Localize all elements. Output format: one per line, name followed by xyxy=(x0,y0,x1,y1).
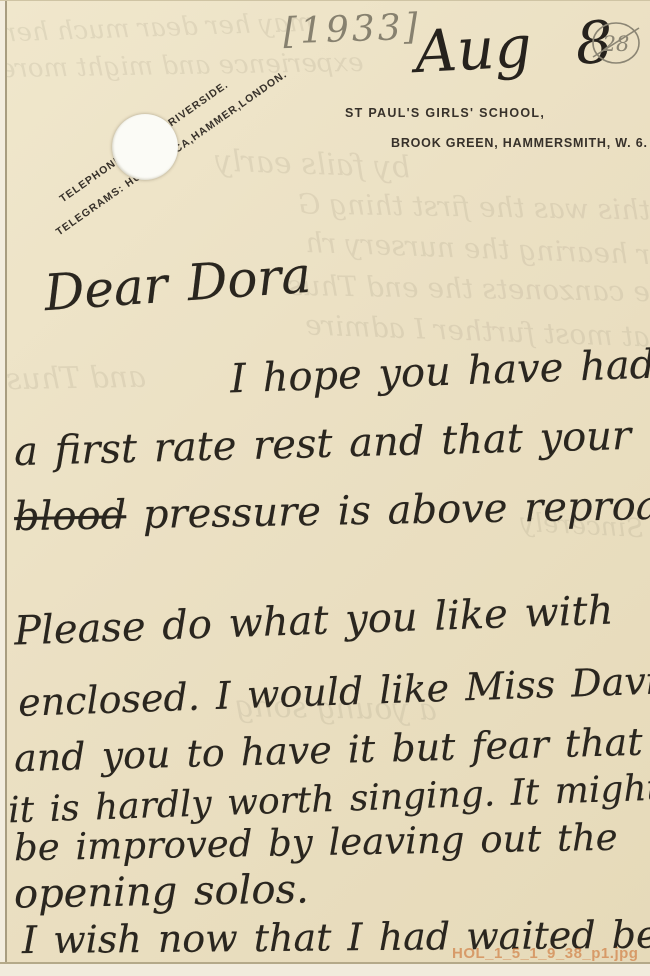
page-number-circle: 28 xyxy=(588,19,644,69)
page-number: 28 xyxy=(602,32,630,56)
handwritten-date: Aug 8 xyxy=(413,8,614,86)
bleedthrough-text: But this was the first thing G xyxy=(298,187,650,227)
bleedthrough-text: may her dear much her xyxy=(4,8,315,49)
letter-line: Please do what you like with xyxy=(13,588,614,655)
paper-bottom-edge xyxy=(0,962,650,976)
bleedthrough-text: after hearing the nursery rh xyxy=(305,226,650,273)
salutation: Dear Dora xyxy=(42,246,313,322)
telephone-indent xyxy=(45,203,63,216)
letter-line: be improved by leaving out the xyxy=(14,816,618,870)
bleedthrough-text: experience and might more xyxy=(0,48,364,84)
struck-word: blood xyxy=(14,492,127,540)
paper-left-edge xyxy=(0,1,7,976)
bleedthrough-text: the little canzonets the end Thus xyxy=(288,269,650,310)
archivist-year-note: [1933] xyxy=(282,7,421,53)
letter-line: I hope you have had xyxy=(229,342,650,403)
scan-filename-watermark: HOL_1_5_1_9_38_p1.jpg xyxy=(452,945,638,962)
letterhead-school-name: ST PAUL'S GIRLS' SCHOOL, xyxy=(345,106,545,120)
letter-line: a first rate rest and that your xyxy=(14,413,632,475)
letterhead-address: BROOK GREEN, HAMMERSMITH, W. 6. xyxy=(391,136,648,150)
letter-page: may her dear much her experience and mig… xyxy=(0,0,650,976)
letter-line: opening solos. xyxy=(14,866,309,917)
bleedthrough-text: by fails early xyxy=(214,144,410,186)
hole-punch xyxy=(112,114,178,180)
bleedthrough-text: and Thus xyxy=(6,360,147,397)
letter-line-rest: pressure is above reproach. xyxy=(126,482,650,538)
